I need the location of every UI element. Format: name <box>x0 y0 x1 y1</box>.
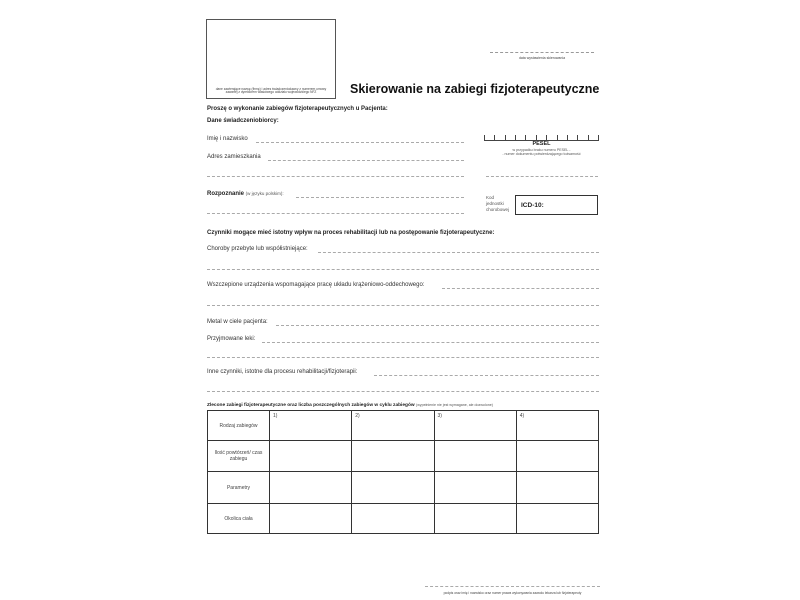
icd10-field[interactable]: ICD-10: <box>515 195 598 215</box>
parameters-cell-3[interactable] <box>434 472 516 504</box>
repetitions-cell-4[interactable] <box>516 441 598 472</box>
other-factors-field-line2[interactable] <box>207 391 599 392</box>
stamp-box-caption: dane zawierające nazwę (firmę) i adres ś… <box>211 88 331 95</box>
body-area-cell-2[interactable] <box>352 504 434 534</box>
drugs-field[interactable] <box>262 342 599 343</box>
drugs-field-line2[interactable] <box>207 357 599 358</box>
signature-caption: podpis oraz imię i nazwisko oraz numer p… <box>425 591 600 595</box>
procedures-table: Rodzaj zabiegów 1) 2) 3) 4) Ilość powtór… <box>207 410 599 534</box>
parameters-cell-1[interactable] <box>270 472 352 504</box>
name-field[interactable] <box>256 142 464 143</box>
repetitions-cell-2[interactable] <box>352 441 434 472</box>
name-label: Imię i nazwisko <box>207 136 248 142</box>
procedure-cell-2[interactable]: 2) <box>352 411 434 441</box>
other-factors-field[interactable] <box>374 375 599 376</box>
table-row: Okolica ciała <box>208 504 599 534</box>
document-title: Skierowanie na zabiegi fizjoterapeutyczn… <box>350 82 599 96</box>
address-field-line2[interactable] <box>207 176 464 177</box>
procedures-heading-text: Zlecone zabiegi fizjoterapeutyczne oraz … <box>207 403 415 408</box>
repetitions-cell-1[interactable] <box>270 441 352 472</box>
row-header-procedure-type: Rodzaj zabiegów <box>208 411 270 441</box>
diagnosis-label-text: Rozpoznanie <box>207 191 244 197</box>
body-area-cell-3[interactable] <box>434 504 516 534</box>
icd10-label: ICD-10: <box>521 202 544 209</box>
parameters-cell-4[interactable] <box>516 472 598 504</box>
procedure-cell-1[interactable]: 1) <box>270 411 352 441</box>
procedures-heading-note: (wypełnienie nie jest wymagane, ale dozw… <box>416 403 493 407</box>
issue-date-line[interactable] <box>490 52 594 53</box>
diagnosis-label: Rozpoznanie (w języku polskim): <box>207 191 284 197</box>
devices-field[interactable] <box>442 288 599 289</box>
diseases-field[interactable] <box>318 252 599 253</box>
parameters-cell-2[interactable] <box>352 472 434 504</box>
row-header-body-area: Okolica ciała <box>208 504 270 534</box>
procedure-cell-3[interactable]: 3) <box>434 411 516 441</box>
diagnosis-field[interactable] <box>296 197 464 198</box>
kod-line3: chorobowej <box>486 207 509 213</box>
procedures-heading: Zlecone zabiegi fizjoterapeutyczne oraz … <box>207 403 493 408</box>
pesel-title: PESEL <box>484 141 599 147</box>
diseases-field-line2[interactable] <box>207 269 599 270</box>
diagnosis-field-line2[interactable] <box>207 213 464 214</box>
procedure-cell-4[interactable]: 4) <box>516 411 598 441</box>
provider-stamp-box: dane zawierające nazwę (firmę) i adres ś… <box>206 19 336 99</box>
id-document-field[interactable] <box>486 176 598 177</box>
row-header-parameters: Parametry <box>208 472 270 504</box>
intro-text: Proszę o wykonanie zabiegów fizjoterapeu… <box>207 106 388 112</box>
signature-line[interactable] <box>425 586 600 587</box>
devices-field-line2[interactable] <box>207 305 599 306</box>
issue-date-caption: data wystawienia skierowania <box>490 56 594 60</box>
metal-label: Metal w ciele pacjenta: <box>207 319 268 325</box>
devices-label: Wszczepione urządzenia wspomagające prac… <box>207 282 424 288</box>
address-field[interactable] <box>268 160 464 161</box>
referral-form-page: dane zawierające nazwę (firmę) i adres ś… <box>0 0 800 600</box>
row-header-repetitions: Ilość powtórzeń/ czas zabiegu <box>208 441 270 472</box>
pesel-note: w przypadku braku numeru PESEL - - numer… <box>478 148 605 157</box>
diseases-label: Choroby przebyte lub współistniejące: <box>207 246 308 252</box>
body-area-cell-1[interactable] <box>270 504 352 534</box>
patient-section-heading: Dane świadczeniobiorcy: <box>207 118 279 124</box>
diagnosis-hint: (w języku polskim): <box>246 191 284 196</box>
other-factors-label: Inne czynniki, istotne dla procesu rehab… <box>207 369 357 375</box>
disease-code-label: Kod jednostki chorobowej <box>486 195 509 213</box>
drugs-label: Przyjmowane leki: <box>207 336 255 342</box>
table-row: Ilość powtórzeń/ czas zabiegu <box>208 441 599 472</box>
repetitions-cell-3[interactable] <box>434 441 516 472</box>
pesel-field[interactable] <box>484 133 599 141</box>
body-area-cell-4[interactable] <box>516 504 598 534</box>
address-label: Adres zamieszkania <box>207 154 261 160</box>
table-row: Rodzaj zabiegów 1) 2) 3) 4) <box>208 411 599 441</box>
factors-heading: Czynniki mogące mieć istotny wpływ na pr… <box>207 230 494 236</box>
metal-field[interactable] <box>276 325 599 326</box>
pesel-note-line2: - numer dokumentu potwierdzającego tożsa… <box>478 152 605 156</box>
table-row: Parametry <box>208 472 599 504</box>
